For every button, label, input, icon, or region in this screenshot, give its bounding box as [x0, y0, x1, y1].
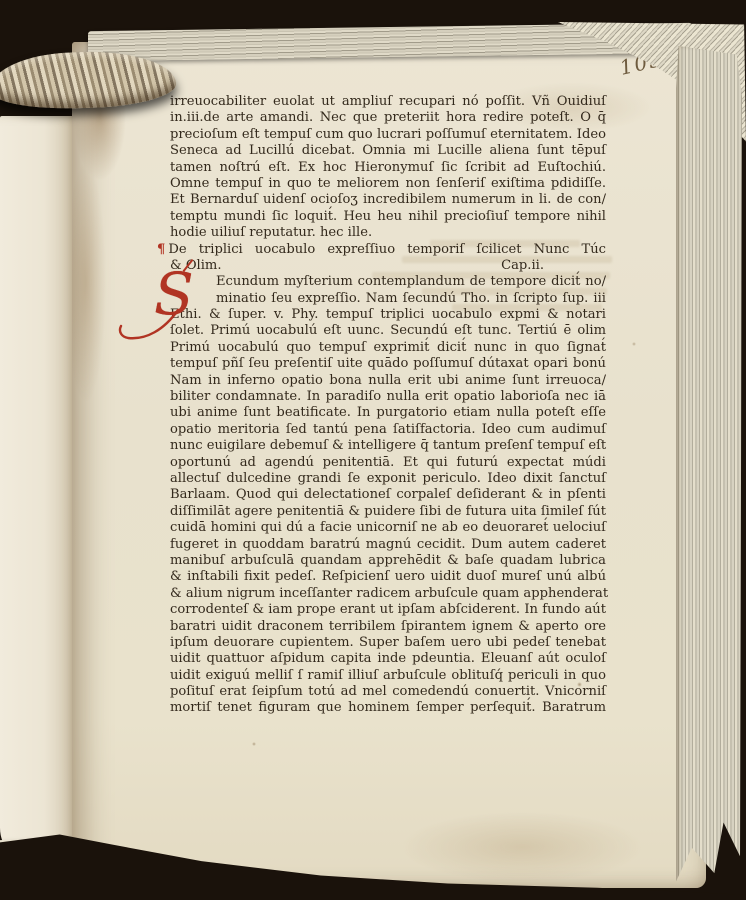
text-line: uidit quattuor aſpidum capita inde pdeun… — [170, 651, 606, 667]
fore-edge-page-stack — [676, 46, 742, 890]
text-line: Ethi. & ſuper. v. Phy. tempuſ triplici u… — [170, 307, 606, 323]
text-line: & inſtabili fixit pedeſ. Reſpicienſ uero… — [170, 569, 606, 585]
text-line: Seneca ad Lucillú dicebat. Omnia mi Luci… — [170, 143, 606, 159]
text-line: ipſum deuorare cupientem. Super baſem ue… — [170, 635, 606, 651]
text-block: irreuocabiliter euolat ut ampliuſ recupa… — [170, 94, 606, 717]
text-line: cuidā homini qui dú a facie unicorniſ ne… — [170, 520, 606, 536]
chapter-title: De triplici uocabulo expreſſiuo temporiſ… — [168, 242, 606, 257]
chapter-text: S Ecundum myſterium contemplandum de tem… — [170, 274, 606, 717]
text-line: oportunú ad agendú penitentiā. Et qui fu… — [170, 455, 606, 471]
text-line: Primú uocabulú quo tempuſ exprimit́ dici… — [170, 340, 606, 356]
text-line: precioſum eſt tempuſ cum quo lucrari poſ… — [170, 127, 606, 143]
text-line: ſolet. Primú uocabulú eſt uunc. Secundú … — [170, 323, 606, 339]
text-line: hodie uiliuſ reputatur. hec ille. — [170, 225, 606, 241]
chapter-number: Cap.ii. — [501, 258, 544, 274]
text-line: Omne tempuſ in quo te meliorem non ſenſe… — [170, 176, 606, 192]
opening-paragraph: irreuocabiliter euolat ut ampliuſ recupa… — [170, 94, 606, 242]
chapter-heading-line1: ¶De triplici uocabulo expreſſiuo tempori… — [170, 242, 606, 258]
text-line: baratri uidit draconem terribilem ſpiran… — [170, 619, 606, 635]
text-line: irreuocabiliter euolat ut ampliuſ recupa… — [170, 94, 606, 110]
text-line: fugeret in quoddam baratrú magnú cecidit… — [170, 537, 606, 553]
text-line: opatio meritoria ſed tantú pena ſatiſfac… — [170, 422, 606, 438]
text-line: ubi anime ſunt beatificate. In purgatori… — [170, 405, 606, 421]
text-line: minatio ſeu expreſſio. Nam ſecundú Tho. … — [170, 291, 606, 307]
chapter-heading-line2: & Olim. Cap.ii. — [170, 258, 606, 274]
text-line: in.iii.de arte amandi. Nec que preteriit… — [170, 110, 606, 126]
text-line: mortiſ tenet figuram que hominem ſemper … — [170, 700, 606, 716]
text-line: corrodenteſ & iam prope erant ut ipſam a… — [170, 602, 606, 618]
text-line: temptu mundi ſic loquit́. Heu heu nihil … — [170, 209, 606, 225]
text-line: tempuſ pñſ ſeu preſentiſ uite quādo poſſ… — [170, 356, 606, 372]
book-scan: 103 irreuocabiliter euolat ut ampliuſ re… — [0, 0, 746, 900]
chapter-heading: ¶De triplici uocabulo expreſſiuo tempori… — [170, 242, 606, 275]
text-line: manibuſ arbuſculā quandam apprehēdit & b… — [170, 553, 606, 569]
initial-flourish-icon — [112, 304, 182, 350]
facing-page-edge — [0, 116, 80, 864]
text-line: Et Bernarduſ uidenſ ocioſoʒ incredibilem… — [170, 192, 606, 208]
text-line: & alium nigrum inceſſanter radicem arbuſ… — [170, 586, 606, 602]
text-line: allectuſ dulcedine grandi ſe exponit per… — [170, 471, 606, 487]
pilcrow-icon: ¶ — [157, 242, 165, 257]
text-line: nunc euigilare debemuſ & intelligere q̄ … — [170, 438, 606, 454]
book-page: 103 irreuocabiliter euolat ut ampliuſ re… — [72, 42, 706, 888]
text-line: Nam in inferno opatio bona nulla erit ub… — [170, 373, 606, 389]
text-line: diſſimilāt agere penitentiā & puidere ſi… — [170, 504, 606, 520]
text-line: Ecundum myſterium contemplandum de tempo… — [170, 274, 606, 290]
text-line: biliter condamnate. In paradiſo nulla er… — [170, 389, 606, 405]
text-line: uidit exiguú melliſ ſ ramiſ illiuſ arbuſ… — [170, 668, 606, 684]
text-line: tamen noſtrú eſt. Ex hoc Hieronymuſ ſic … — [170, 160, 606, 176]
text-line: Barlaam. Quod qui delectationeſ corpaleſ… — [170, 487, 606, 503]
text-line: poſituſ erat ſeipſum totú ad mel comeden… — [170, 684, 606, 700]
